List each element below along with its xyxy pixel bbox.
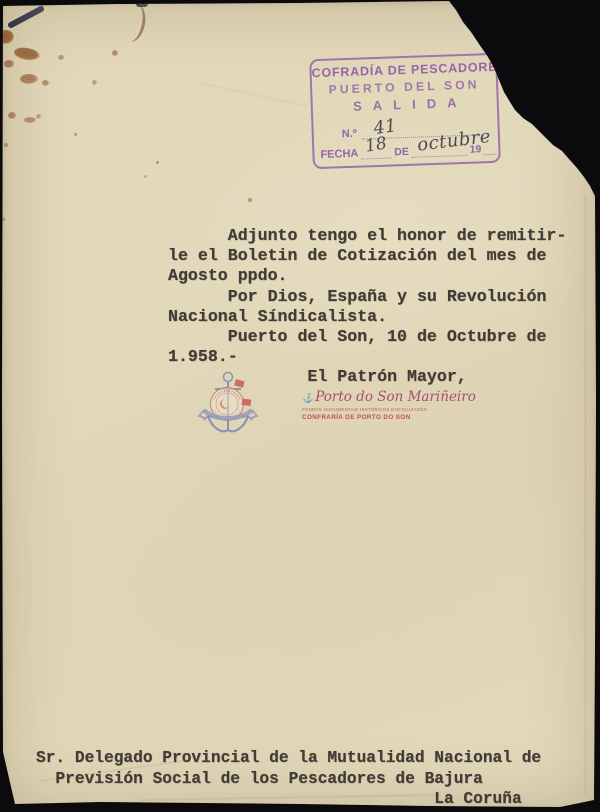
ink-smudge bbox=[136, 0, 148, 7]
paper-speck bbox=[4, 143, 8, 147]
stamp-date-row: FECHA 18 DE octubre 19 bbox=[320, 141, 496, 161]
watermark-text: ⚓Porto do Son Mariñeiro FONDOS DOCUMENTA… bbox=[302, 389, 472, 421]
rust-stain bbox=[42, 80, 49, 86]
rust-stain bbox=[8, 112, 16, 119]
rust-stain bbox=[112, 50, 118, 56]
rust-stain bbox=[0, 30, 14, 44]
stamp-salida-label: SALIDA bbox=[313, 94, 497, 115]
watermark-title-text: Porto do Son Mariñeiro bbox=[315, 389, 476, 405]
paper-speck bbox=[2, 218, 5, 221]
scanned-document: COFRADÍA DE PESCADORES PUERTO DEL SON SA… bbox=[0, 0, 600, 812]
body-line: le el Boletin de Cotización del mes de bbox=[168, 246, 566, 266]
anchor-emblem-watermark bbox=[193, 368, 263, 442]
stamp-de-label: DE bbox=[394, 146, 409, 159]
rust-stain bbox=[4, 60, 14, 68]
ink-smudge bbox=[7, 5, 45, 29]
body-line: Puerto del Son, 10 de Octubre de bbox=[168, 327, 566, 347]
address-line: Previsión Social de los Pescadores de Ba… bbox=[36, 769, 541, 790]
stamp-month-line: octubre bbox=[412, 142, 468, 158]
body-line: Nacional Síndicalista. bbox=[168, 307, 566, 327]
letter-body: Adjunto tengo el honor de remitir-le el … bbox=[168, 226, 566, 388]
stamp-day-line: 18 bbox=[361, 145, 391, 160]
recipient-address: Sr. Delegado Provincial de la Mutualidad… bbox=[36, 748, 541, 810]
paper-crease bbox=[199, 83, 307, 107]
rust-stain bbox=[24, 117, 36, 123]
rust-stain bbox=[58, 55, 64, 60]
address-line: La Coruña bbox=[36, 789, 541, 810]
paper-crease bbox=[585, 195, 586, 795]
body-line: Adjunto tengo el honor de remitir- bbox=[168, 226, 566, 246]
body-line: 1.958.- bbox=[168, 347, 566, 367]
anchor-icon: ⚓ bbox=[302, 394, 313, 404]
registry-stamp: COFRADÍA DE PESCADORES PUERTO DEL SON SA… bbox=[309, 53, 501, 169]
paper-sheet: COFRADÍA DE PESCADORES PUERTO DEL SON SA… bbox=[0, 0, 600, 812]
rust-stain bbox=[13, 46, 41, 62]
watermark-title: ⚓Porto do Son Mariñeiro bbox=[302, 389, 472, 405]
paper-speck bbox=[74, 133, 77, 136]
rust-stain bbox=[118, 2, 148, 44]
rust-stain bbox=[20, 74, 38, 84]
address-line: Sr. Delegado Provincial de la Mutualidad… bbox=[36, 748, 541, 769]
paper-speck bbox=[156, 161, 159, 164]
watermark-org: CONFRARÍA DE PORTO DO SON bbox=[302, 414, 472, 421]
stamp-number-label: N.º bbox=[342, 128, 357, 141]
paper-speck bbox=[144, 175, 147, 178]
stamp-year-line bbox=[483, 141, 496, 155]
body-line: Por Dios, España y su Revolución bbox=[168, 287, 566, 307]
stamp-date-label: FECHA bbox=[320, 148, 358, 161]
rust-stain bbox=[92, 80, 97, 85]
body-line: Agosto ppdo. bbox=[168, 266, 566, 286]
rust-stain bbox=[36, 114, 41, 119]
paper-speck bbox=[248, 198, 252, 202]
watermark-caption: FONDOS DOCUMENTAIS HISTÓRICOS DIXITALIZA… bbox=[302, 407, 472, 412]
handwritten-day: 18 bbox=[363, 133, 388, 156]
